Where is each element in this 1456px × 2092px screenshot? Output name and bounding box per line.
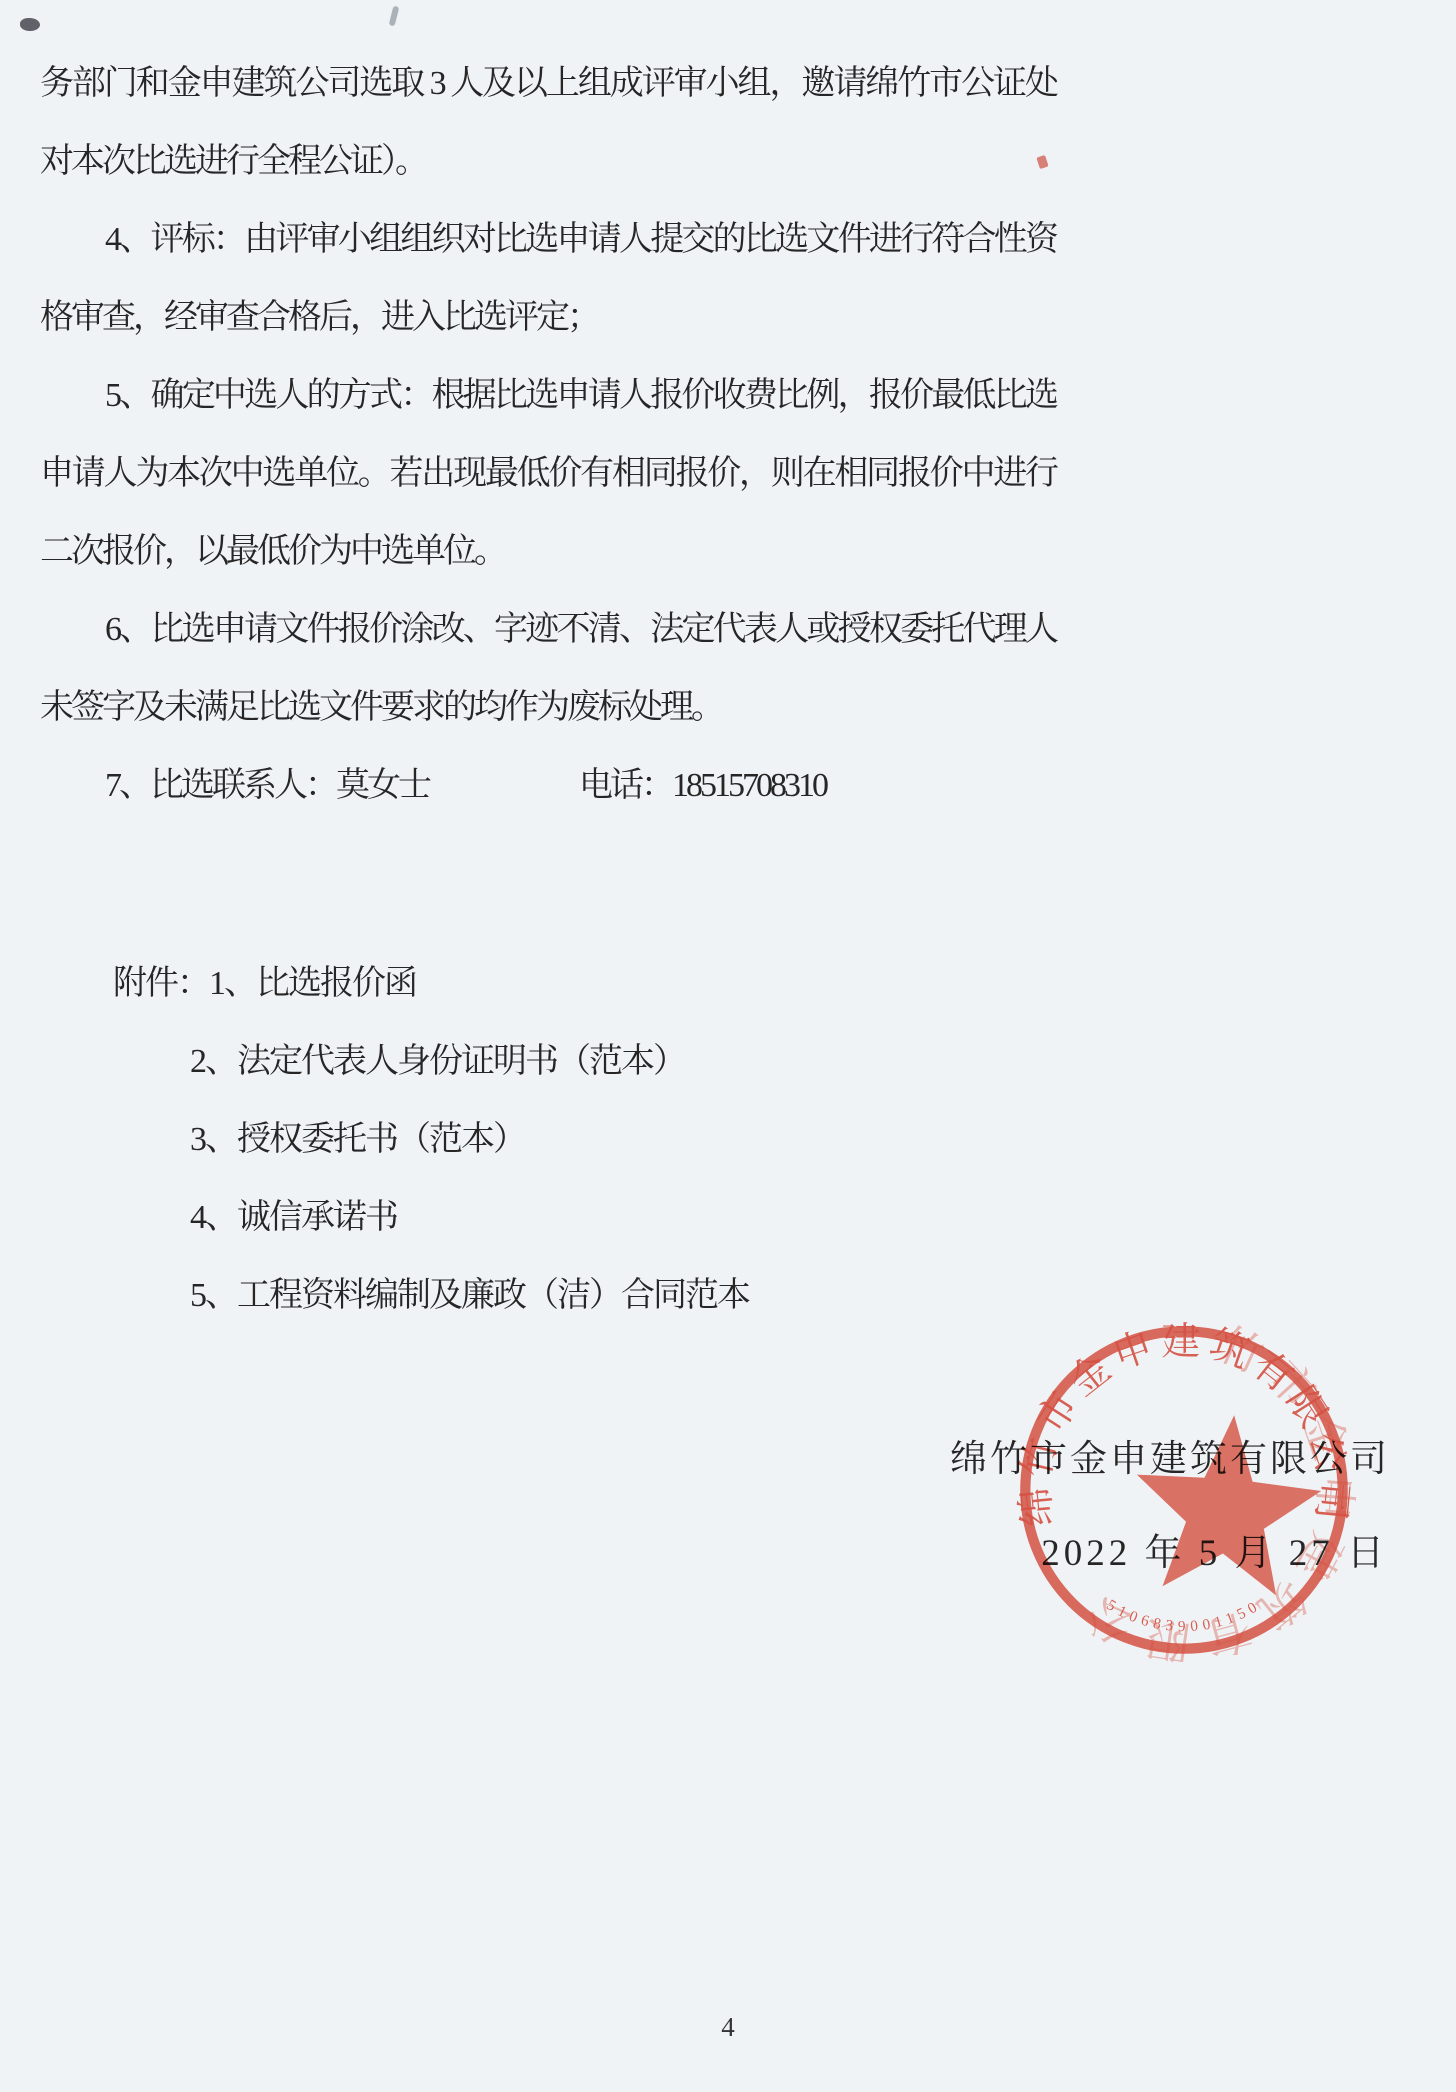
body-line: 二次报价，以最低价为中选单位。 <box>40 513 1056 591</box>
seal-ghost-text: 绵竹市金申建筑有限公司 <box>1067 1318 1356 1662</box>
attachment-item: 4、诚信承诺书 <box>40 1179 1056 1257</box>
seal-arc-text: 绵竹市金申建筑有限公司 <box>1013 1321 1354 1529</box>
body-line: 申请人为本次中选单位。若出现最低价有相同报价，则在相同报价中进行 <box>40 435 1056 513</box>
body-line: 格审查，经审查合格后，进入比选评定； <box>40 279 1056 357</box>
body-paragraphs: 务部门和金申建筑公司选取 3 人及以上组成评审小组，邀请绵竹市公证处对本次比选进… <box>40 45 1056 825</box>
svg-text:绵竹市金申建筑有限公司: 绵竹市金申建筑有限公司 <box>1013 1321 1354 1529</box>
body-line: 6、比选申请文件报价涂改、字迹不清、法定代表人或授权委托代理人 <box>40 591 1056 669</box>
attachments-header: 附件：1、比选报价函 <box>40 945 1056 1023</box>
page-number: 4 <box>0 2012 1456 2043</box>
body-line: 4、评标：由评审小组组织对比选申请人提交的比选文件进行符合性资 <box>40 201 1056 279</box>
phone-number: 电话：18515708310 <box>579 767 826 804</box>
signature-company: 绵竹市金申建筑有限公司 <box>950 1428 1390 1482</box>
contact-person: 7、比选联系人：莫女士 <box>105 767 429 804</box>
company-seal-icon: 绵竹市金申建筑有限公司 绵竹市金申建筑有限公司 5106839001150 <box>1012 1318 1356 1662</box>
attachments-section: 附件：1、比选报价函 2、法定代表人身份证明书（范本）3、授权委托书（范本）4、… <box>40 945 1056 1335</box>
contact-line: 7、比选联系人：莫女士电话：18515708310 <box>40 747 1056 825</box>
seal-serial: 5106839001150 <box>1104 1596 1265 1635</box>
body-line: 对本次比选进行全程公证）。 <box>40 123 1056 201</box>
attachments-label: 附件： <box>113 965 209 1002</box>
attachment-item: 1、比选报价函 <box>209 965 416 1002</box>
body-line: 务部门和金申建筑公司选取 3 人及以上组成评审小组，邀请绵竹市公证处 <box>40 45 1056 123</box>
signature-date: 2022 年 5 月 27 日 <box>1041 1522 1388 1576</box>
body-line: 5、确定中选人的方式：根据比选申请人报价收费比例，报价最低比选 <box>40 357 1056 435</box>
svg-text:5106839001150: 5106839001150 <box>1104 1596 1265 1635</box>
body-line: 未签字及未满足比选文件要求的均作为废标处理。 <box>40 669 1056 747</box>
attachment-item: 2、法定代表人身份证明书（范本） <box>40 1023 1056 1101</box>
document-page: 务部门和金申建筑公司选取 3 人及以上组成评审小组，邀请绵竹市公证处对本次比选进… <box>0 0 1456 2092</box>
svg-text:绵竹市金申建筑有限公司: 绵竹市金申建筑有限公司 <box>1067 1318 1356 1662</box>
scan-artifact <box>20 18 40 31</box>
scan-artifact <box>389 6 400 27</box>
attachment-item: 3、授权委托书（范本） <box>40 1101 1056 1179</box>
attachment-item: 5、工程资料编制及廉政（洁）合同范本 <box>40 1257 1056 1335</box>
seal-ring <box>1025 1331 1342 1648</box>
